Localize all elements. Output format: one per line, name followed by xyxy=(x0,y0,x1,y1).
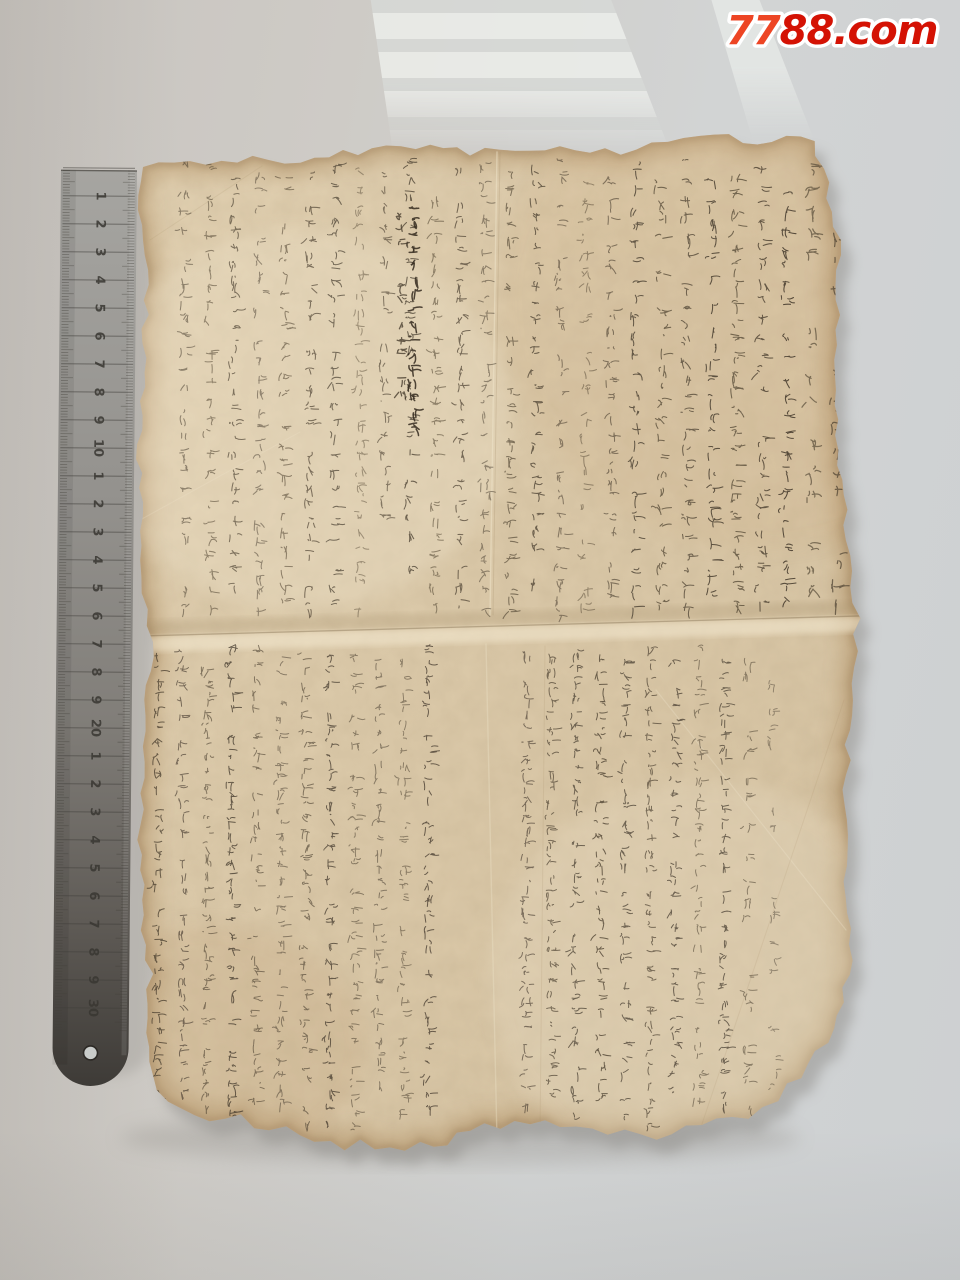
svg-text:6: 6 xyxy=(86,891,101,900)
svg-text:7: 7 xyxy=(88,639,103,648)
watermark-logo: 7788.com xyxy=(720,2,956,58)
svg-text:1: 1 xyxy=(90,471,105,480)
svg-text:9: 9 xyxy=(88,695,103,704)
ruler-top-edge xyxy=(61,170,137,171)
svg-text:7: 7 xyxy=(91,359,106,368)
svg-text:2: 2 xyxy=(87,779,102,788)
svg-text:5: 5 xyxy=(92,303,107,312)
svg-text:10: 10 xyxy=(90,439,105,457)
svg-text:3: 3 xyxy=(92,247,107,256)
svg-text:8: 8 xyxy=(85,947,100,956)
svg-text:4: 4 xyxy=(87,835,102,844)
svg-text:7: 7 xyxy=(86,919,101,928)
ruler-hole xyxy=(83,1046,97,1060)
svg-text:1: 1 xyxy=(93,191,108,200)
svg-text:6: 6 xyxy=(91,331,106,340)
svg-text:2: 2 xyxy=(92,219,107,228)
svg-text:8: 8 xyxy=(88,667,103,676)
svg-text:30: 30 xyxy=(85,999,100,1017)
steel-ruler: 123456789101234567892012345678930 xyxy=(52,168,152,1087)
svg-text:6: 6 xyxy=(89,611,104,620)
svg-text:2: 2 xyxy=(90,499,105,508)
photo-scene: 123456789101234567892012345678930 xyxy=(0,0,960,1280)
svg-text:8: 8 xyxy=(91,387,106,396)
svg-text:5: 5 xyxy=(86,863,101,872)
svg-text:3: 3 xyxy=(87,807,102,816)
svg-text:1: 1 xyxy=(87,751,102,760)
svg-text:9: 9 xyxy=(85,975,100,984)
svg-text:3: 3 xyxy=(89,527,104,536)
svg-text:9: 9 xyxy=(91,415,106,424)
svg-text:4: 4 xyxy=(92,275,107,284)
svg-text:4: 4 xyxy=(89,555,104,564)
svg-text:20: 20 xyxy=(88,719,103,737)
svg-text:5: 5 xyxy=(89,583,104,592)
paper-pale-wash xyxy=(90,230,510,610)
watermark-text: 7788.com xyxy=(726,8,937,54)
manuscript-paper xyxy=(45,50,960,1210)
